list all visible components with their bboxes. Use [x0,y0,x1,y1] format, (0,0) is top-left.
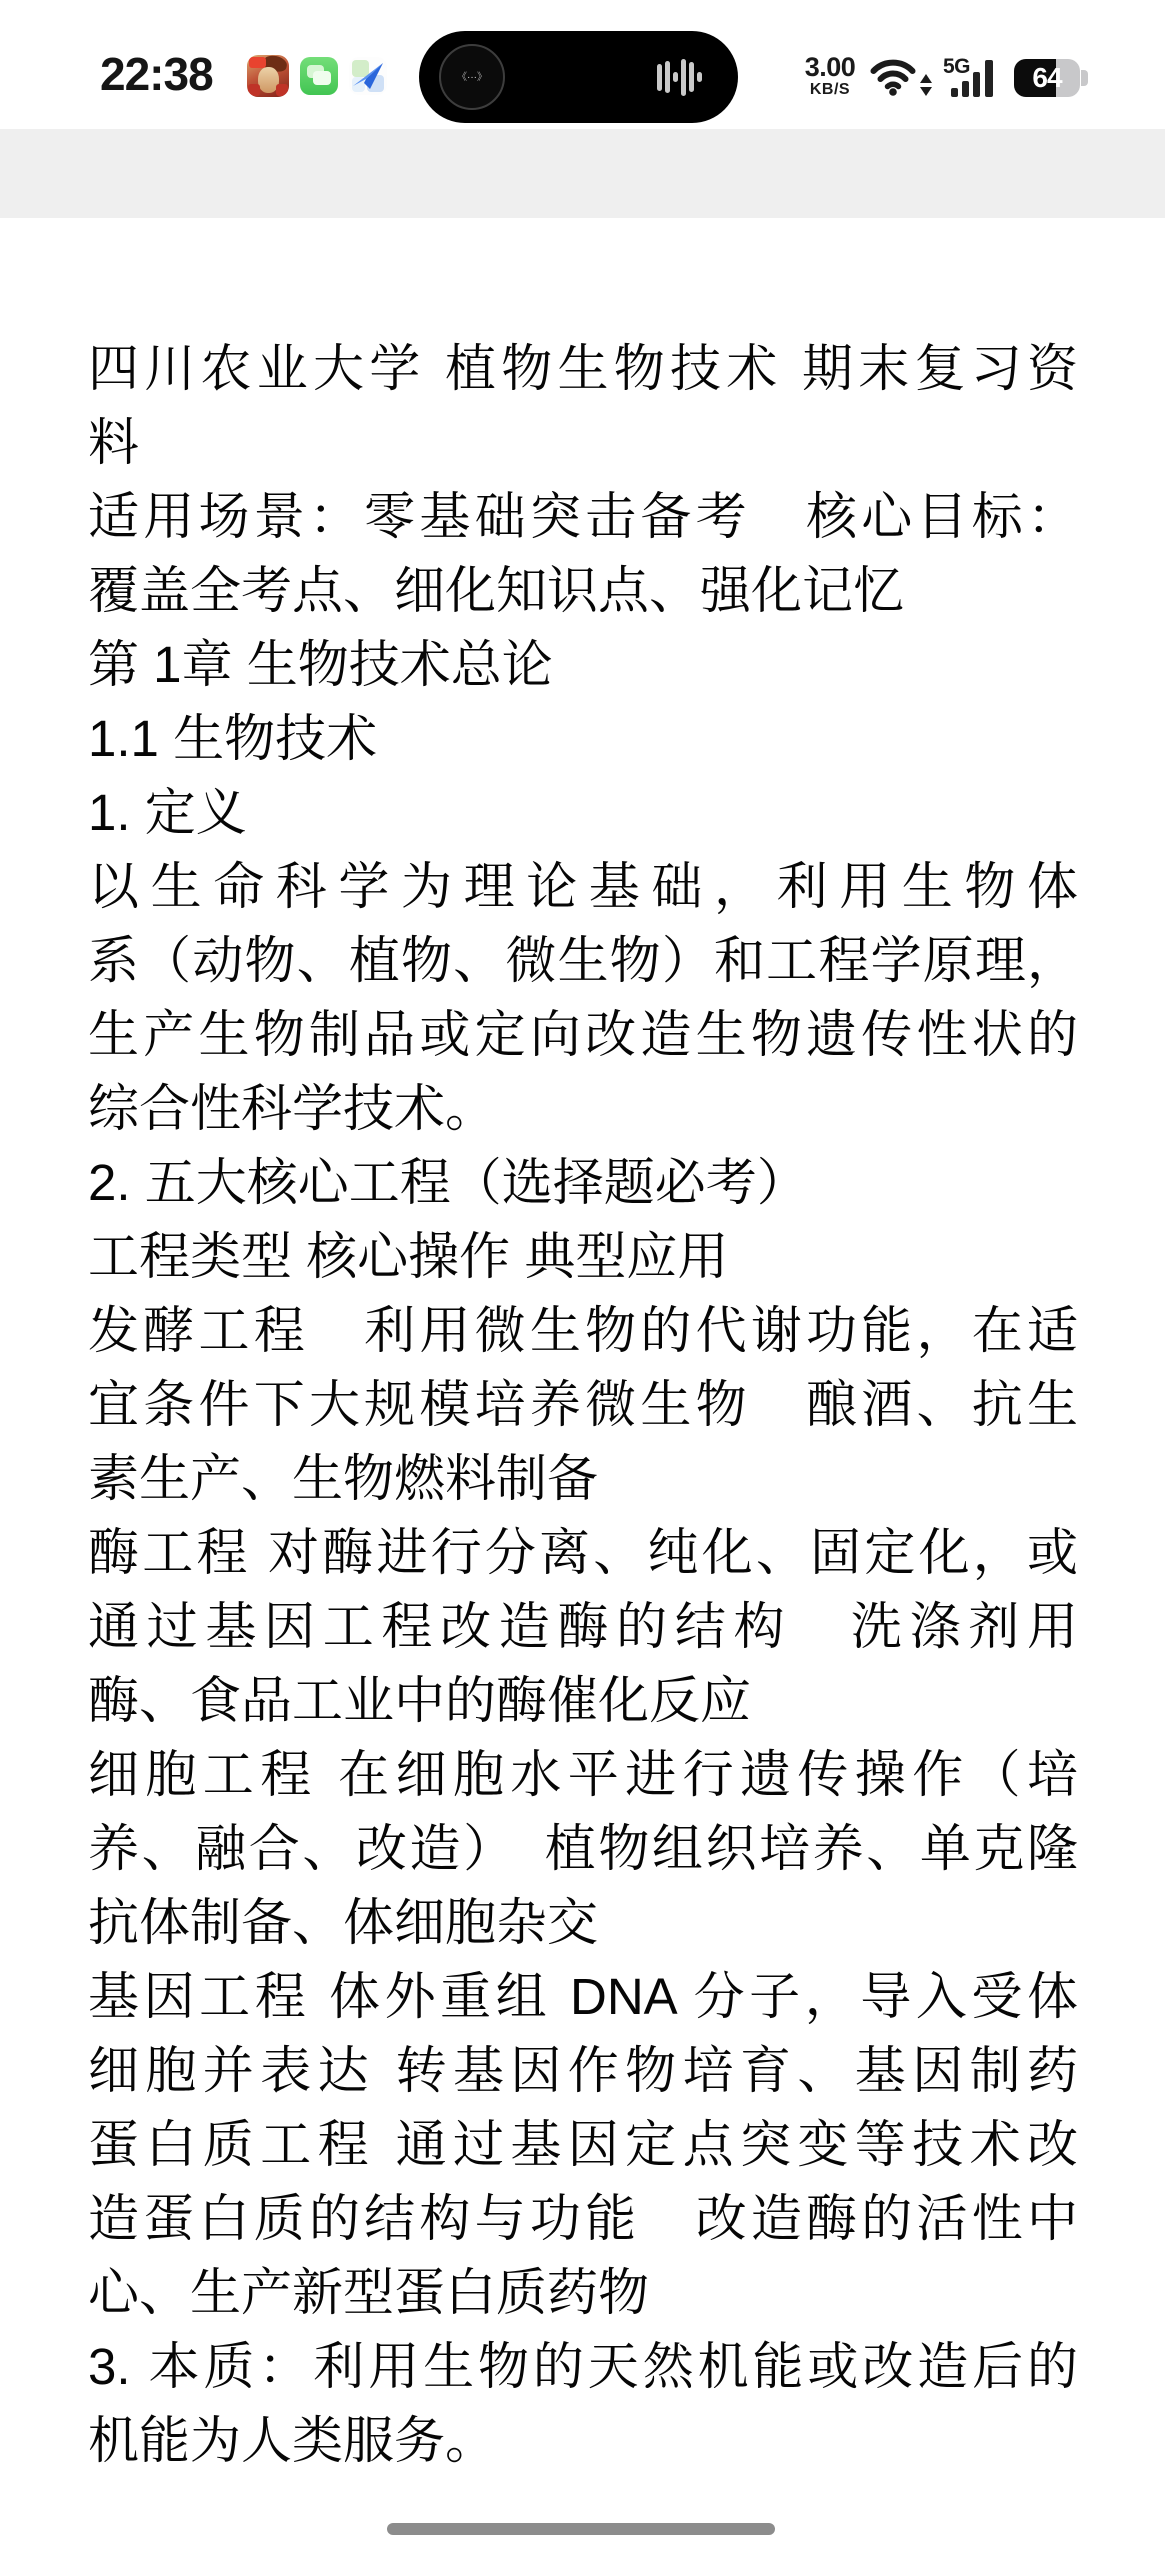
paper-plane-app-icon [349,57,387,95]
album-art: 《···》 [439,44,505,110]
network-speed-indicator: 3.00 KB/S [791,53,869,98]
text-line: 蛋白质工程 通过基因定点突变等技术改 [88,2108,1078,2182]
text-line: 工程类型 核心操作 典型应用 [88,1220,1078,1294]
text-line: 3. 本质：利用生物的天然机能或改造后的 [88,2330,1078,2404]
text-line: 覆盖全考点、细化知识点、强化记忆 [88,554,1078,628]
waveform-bar [681,59,686,96]
text-line: 发酵工程 利用微生物的代谢功能，在适 [88,1294,1078,1368]
text-line: 以生命科学为理论基础，利用生物体 [88,850,1078,924]
wifi-indicator [869,56,935,98]
signal-bar [985,60,993,97]
waveform-bar [689,62,694,92]
album-title: 《···》 [457,72,487,83]
text-line: 造蛋白质的结构与功能 改造酶的活性中 [88,2182,1078,2256]
cellular-type-label: 5G [943,55,970,79]
home-indicator[interactable] [387,2523,775,2535]
text-line: 2. 五大核心工程（选择题必考） [88,1146,1078,1220]
text-line: 综合性科学技术。 [88,1072,1078,1146]
text-line: 宜条件下大规模培养微生物 酿酒、抗生 [88,1368,1078,1442]
waveform-bar [665,61,670,93]
battery-nub [1081,70,1088,86]
text-line: 基因工程 体外重组 DNA 分子，导入受体 [88,1960,1078,2034]
notification-app-icons [247,55,387,97]
text-line: 第 1章 生物技术总论 [88,628,1078,702]
text-line: 酶、食品工业中的酶催化反应 [88,1664,1078,1738]
network-speed-unit: KB/S [791,81,869,98]
text-line: 素生产、生物燃料制备 [88,1442,1078,1516]
text-line: 心、生产新型蛋白质药物 [88,2256,1078,2330]
text-line: 四川农业大学 植物生物技术 期末复习资 [88,332,1078,406]
text-line: 细胞工程 在细胞水平进行遗传操作（培 [88,1738,1078,1812]
signal-bar [962,81,969,97]
signal-bar [973,72,980,97]
text-line: 机能为人类服务。 [88,2404,1078,2478]
text-line: 生产生物制品或定向改造生物遗传性状的 [88,998,1078,1072]
text-line: 1. 定义 [88,776,1078,850]
battery-indicator: 64 [1014,59,1080,97]
waveform-bar [673,72,678,82]
upload-arrow-icon [920,74,932,83]
status-bar: 22:38 《···》 3.00 KB/S [0,0,1165,130]
battery-percent: 64 [1014,59,1080,97]
waveform-bar [697,72,702,82]
game-icon-ribbon [248,84,260,96]
game-icon-badge [249,57,266,68]
wifi-icon [869,56,917,98]
chat-bubble-icon [313,71,331,85]
game-icon-ribbon [276,84,288,96]
clock: 22:38 [100,51,213,97]
dynamic-island-music-capsule[interactable]: 《···》 [419,31,738,123]
document-content[interactable]: 四川农业大学 植物生物技术 期末复习资料适用场景：零基础突击备考 核心目标：覆盖… [88,332,1078,2478]
text-line: 抗体制备、体细胞杂交 [88,1886,1078,1960]
text-line: 料 [88,406,1078,480]
waveform-bar [657,64,662,91]
text-line: 酶工程 对酶进行分离、纯化、固定化，或 [88,1516,1078,1590]
text-line: 1.1 生物技术 [88,702,1078,776]
audio-waveform-icon [657,31,702,123]
status-area-band [0,129,1165,218]
game-app-icon [247,55,289,97]
text-line: 养、融合、改造） 植物组织培养、单克隆 [88,1812,1078,1886]
signal-bar [951,88,958,97]
paper-plane-icon [349,57,387,95]
messages-app-icon [300,57,338,95]
text-line: 细胞并表达 转基因作物培育、基因制药 [88,2034,1078,2108]
text-line: 通过基因工程改造酶的结构 洗涤剂用 [88,1590,1078,1664]
download-arrow-icon [920,87,932,96]
network-speed-value: 3.00 [791,53,869,81]
text-line: 系（动物、植物、微生物）和工程学原理， [88,924,1078,998]
text-line: 适用场景：零基础突击备考 核心目标： [88,480,1078,554]
cellular-signal-indicator: 5G [943,57,1005,97]
